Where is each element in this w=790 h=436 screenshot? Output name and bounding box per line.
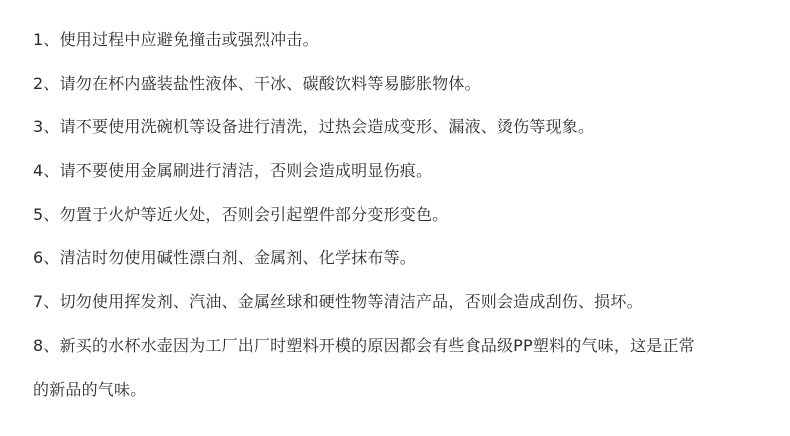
note-line-8-continued: 的新品的气味。 <box>33 368 763 412</box>
note-line-4: 4、请不要使用金属刷进行清洁，否则会造成明显伤痕。 <box>33 149 763 193</box>
note-line-7: 7、切勿使用挥发剂、汽油、金属丝球和硬性物等清洁产品，否则会造成刮伤、损坏。 <box>33 280 763 324</box>
note-line-8: 8、新买的水杯水壶因为工厂出厂时塑料开模的原因都会有些食品级PP塑料的气味，这是… <box>33 324 763 368</box>
note-line-5: 5、勿置于火炉等近火处，否则会引起塑件部分变形变色。 <box>33 193 763 237</box>
note-line-1: 1、使用过程中应避免撞击或强烈冲击。 <box>33 18 763 62</box>
usage-notes: 1、使用过程中应避免撞击或强烈冲击。 2、请勿在杯内盛装盐性液体、干冰、碳酸饮料… <box>33 18 763 411</box>
note-line-6: 6、清洁时勿使用碱性漂白剂、金属剂、化学抹布等。 <box>33 236 763 280</box>
note-line-2: 2、请勿在杯内盛装盐性液体、干冰、碳酸饮料等易膨胀物体。 <box>33 62 763 106</box>
note-line-3: 3、请不要使用洗碗机等设备进行清洗，过热会造成变形、漏液、烫伤等现象。 <box>33 105 763 149</box>
